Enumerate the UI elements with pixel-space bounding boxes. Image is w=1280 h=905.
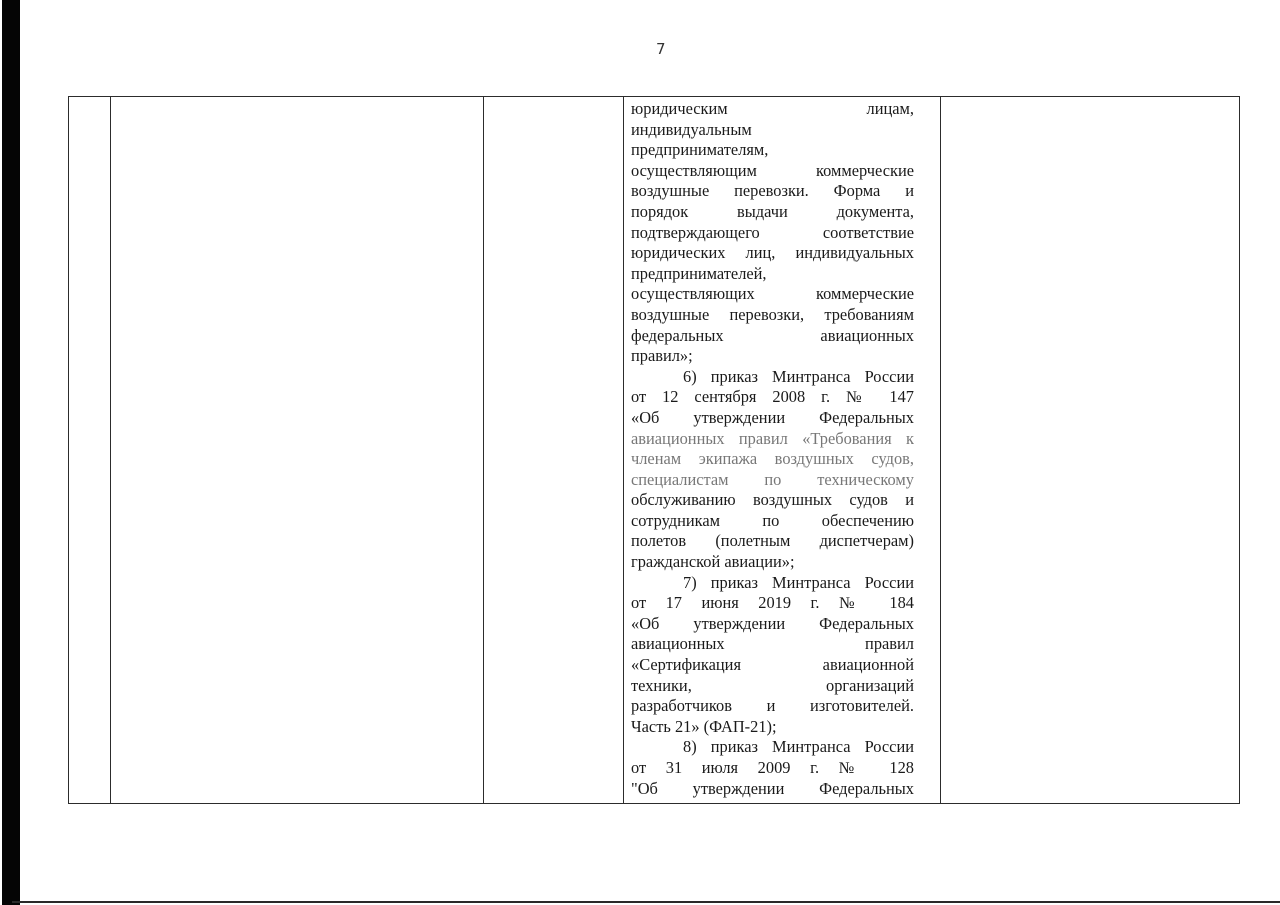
column-divider-2 (483, 97, 484, 803)
text-line: от 17 июня 2019 г. № 184 (631, 593, 914, 614)
text-line: предпринимателей, (631, 264, 914, 285)
text-line: правил»; (631, 346, 914, 367)
text-line: Часть 21» (ФАП-21); (631, 717, 914, 738)
text-line: авиационных правил (631, 634, 914, 655)
text-line: осуществляющих коммерческие (631, 284, 914, 305)
text-line: 8) приказ Минтранса России (631, 737, 914, 758)
text-line: «Об утверждении Федеральных (631, 614, 914, 635)
text-line: осуществляющим коммерческие (631, 161, 914, 182)
text-line: воздушные перевозки, требованиям (631, 305, 914, 326)
scan-edge-bottom (12, 901, 1280, 903)
page-number: 7 (656, 40, 676, 58)
text-line: техники, организаций (631, 676, 914, 697)
text-line: федеральных авиационных (631, 326, 914, 347)
text-line: от 31 июля 2009 г. № 128 (631, 758, 914, 779)
column-divider-4 (940, 97, 941, 803)
text-line: «Сертификация авиационной (631, 655, 914, 676)
column-divider-1 (110, 97, 111, 803)
text-line: обслуживанию воздушных судов и (631, 490, 914, 511)
text-line: сотрудникам по обеспечению (631, 511, 914, 532)
text-line: юридических лиц, индивидуальных (631, 243, 914, 264)
text-line: предпринимателям, (631, 140, 914, 161)
text-line: юридическим лицам, (631, 99, 914, 120)
table-cell-legal-references: юридическим лицам,индивидуальнымпредприн… (631, 99, 914, 799)
text-line: подтверждающего соответствие (631, 223, 914, 244)
text-line: от 12 сентября 2008 г. № 147 (631, 387, 914, 408)
text-line: "Об утверждении Федеральных (631, 779, 914, 800)
text-line: порядок выдачи документа, (631, 202, 914, 223)
text-line: авиационных правил «Требования к (631, 429, 914, 450)
text-line: 7) приказ Минтранса России (631, 573, 914, 594)
text-line: гражданской авиации»; (631, 552, 914, 573)
text-line: 6) приказ Минтранса России (631, 367, 914, 388)
text-line: разработчиков и изготовителей. (631, 696, 914, 717)
text-line: специалистам по техническому (631, 470, 914, 491)
text-line: воздушные перевозки. Форма и (631, 181, 914, 202)
scan-edge-left (2, 0, 20, 905)
text-line: полетов (полетным диспетчерам) (631, 531, 914, 552)
text-line: «Об утверждении Федеральных (631, 408, 914, 429)
text-line: индивидуальным (631, 120, 914, 141)
column-divider-3 (623, 97, 624, 803)
text-line: членам экипажа воздушных судов, (631, 449, 914, 470)
